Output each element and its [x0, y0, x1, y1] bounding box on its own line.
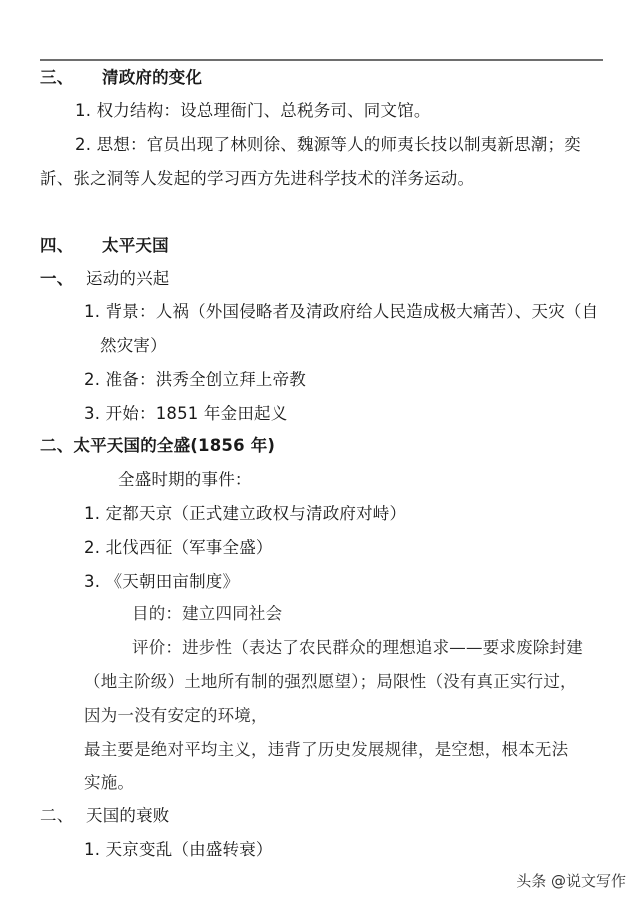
section-3-item-1: 1. 权力结构：设总理衙门、总税务司、同文馆。 [75, 101, 431, 121]
header-rule [40, 59, 603, 61]
section-4-title: 太平天国 [102, 236, 169, 255]
part-2-evaluation-line-4: 最主要是绝对平均主义，违背了历史发展规律，是空想，根本无法 [84, 740, 568, 760]
part-2-subtitle: 全盛时期的事件： [118, 470, 252, 490]
part-2-evaluation-line-1: 评价：进步性（表达了农民群众的理想追求——要求废除封建 [132, 638, 583, 658]
part-2-heading: 二、太平天国的全盛(1856 年) [40, 436, 275, 456]
section-3-heading: 三、清政府的变化 [40, 68, 202, 88]
section-4-number: 四、 [40, 236, 102, 256]
part-2-item-1: 1. 定都天京（正式建立政权与清政府对峙） [84, 504, 406, 524]
section-3-item-2: 2. 思想：官员出现了林则徐、魏源等人的师夷长技以制夷新思潮；奕 [75, 135, 581, 155]
part-1-item-3: 3. 开始：1851 年金田起义 [84, 404, 287, 424]
part-3-number: 二、 [40, 806, 86, 826]
part-1-heading: 一、运动的兴起 [40, 269, 170, 289]
part-1-item-1: 1. 背景：人祸（外国侵略者及清政府给人民造成极大痛苦）、天灾（自 [84, 302, 598, 322]
part-3-heading: 二、天国的衰败 [40, 806, 170, 826]
section-4-heading: 四、太平天国 [40, 236, 169, 256]
part-2-evaluation-line-2: （地主阶级）土地所有制的强烈愿望）；局限性（没有真正实行过， [84, 672, 577, 692]
section-3-title: 清政府的变化 [102, 68, 202, 87]
part-1-title: 运动的兴起 [86, 269, 170, 288]
part-2-item-3: 3. 《天朝田亩制度》 [84, 572, 239, 592]
part-2-item-2: 2. 北伐西征（军事全盛） [84, 538, 273, 558]
part-3-title: 天国的衰败 [86, 806, 170, 825]
part-2-evaluation-line-5: 实施。 [84, 773, 134, 793]
part-1-number: 一、 [40, 269, 86, 289]
section-3-item-2-cont: 訢、张之洞等人发起的学习西方先进科学技术的洋务运动。 [40, 169, 474, 189]
part-1-item-2: 2. 准备：洪秀全创立拜上帝教 [84, 370, 306, 390]
watermark: 头条 @说文写作 [516, 870, 626, 891]
part-2-evaluation-line-3: 因为一没有安定的环境， [84, 706, 268, 726]
part-1-item-1-cont: 然灾害） [100, 336, 167, 356]
part-3-item-1: 1. 天京变乱（由盛转衰） [84, 840, 273, 860]
part-2-purpose: 目的：建立四同社会 [132, 604, 282, 624]
section-3-number: 三、 [40, 68, 102, 88]
